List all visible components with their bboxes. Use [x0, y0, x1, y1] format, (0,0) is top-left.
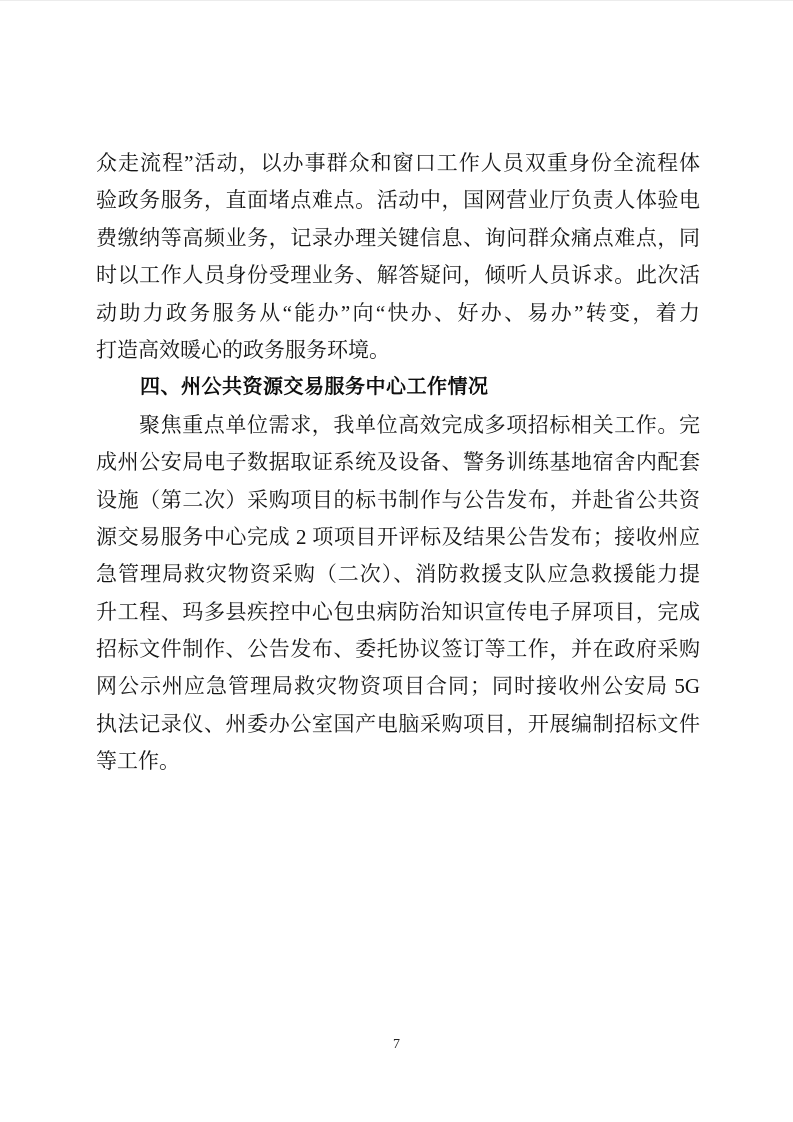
main-paragraph-line: 设施（第二次）采购项目的标书制作与公告发布，并赴省公共资 — [96, 482, 700, 519]
continuation-line: 打造高效暖心的政务服务环境。 — [96, 332, 700, 369]
main-paragraph-line: 等工作。 — [96, 743, 700, 780]
continuation-line: 费缴纳等高频业务，记录办理关键信息、询问群众痛点难点，同 — [96, 220, 700, 257]
page-content: 众走流程”活动，以办事群众和窗口工作人员双重身份全流程体 验政务服务，直面堵点难… — [96, 145, 700, 781]
main-paragraph-line: 执法记录仪、州委办公室国产电脑采购项目，开展编制招标文件 — [96, 706, 700, 743]
section-heading: 四、州公共资源交易服务中心工作情况 — [96, 369, 700, 406]
main-paragraph-line: 升工程、玛多县疾控中心包虫病防治知识宣传电子屏项目，完成 — [96, 594, 700, 631]
main-paragraph-line: 源交易服务中心完成 2 项项目开评标及结果公告发布；接收州应 — [96, 519, 700, 556]
continuation-line: 动助力政务服务从“能办”向“快办、好办、易办”转变，着力 — [96, 295, 700, 332]
main-paragraph-line: 成州公安局电子数据取证系统及设备、警务训练基地宿舍内配套 — [96, 444, 700, 481]
continuation-line: 时以工作人员身份受理业务、解答疑问，倾听人员诉求。此次活 — [96, 257, 700, 294]
page-number: 7 — [0, 1037, 793, 1053]
main-paragraph-line: 网公示州应急管理局救灾物资项目合同；同时接收州公安局 5G — [96, 668, 700, 705]
document-page: 众走流程”活动，以办事群众和窗口工作人员双重身份全流程体 验政务服务，直面堵点难… — [0, 0, 793, 1122]
main-paragraph-line: 聚焦重点单位需求，我单位高效完成多项招标相关工作。完 — [96, 407, 700, 444]
main-paragraph-line: 招标文件制作、公告发布、委托协议签订等工作，并在政府采购 — [96, 631, 700, 668]
continuation-line: 众走流程”活动，以办事群众和窗口工作人员双重身份全流程体 — [96, 145, 700, 182]
continuation-line: 验政务服务，直面堵点难点。活动中，国网营业厅负责人体验电 — [96, 182, 700, 219]
main-paragraph-line: 急管理局救灾物资采购（二次）、消防救援支队应急救援能力提 — [96, 556, 700, 593]
